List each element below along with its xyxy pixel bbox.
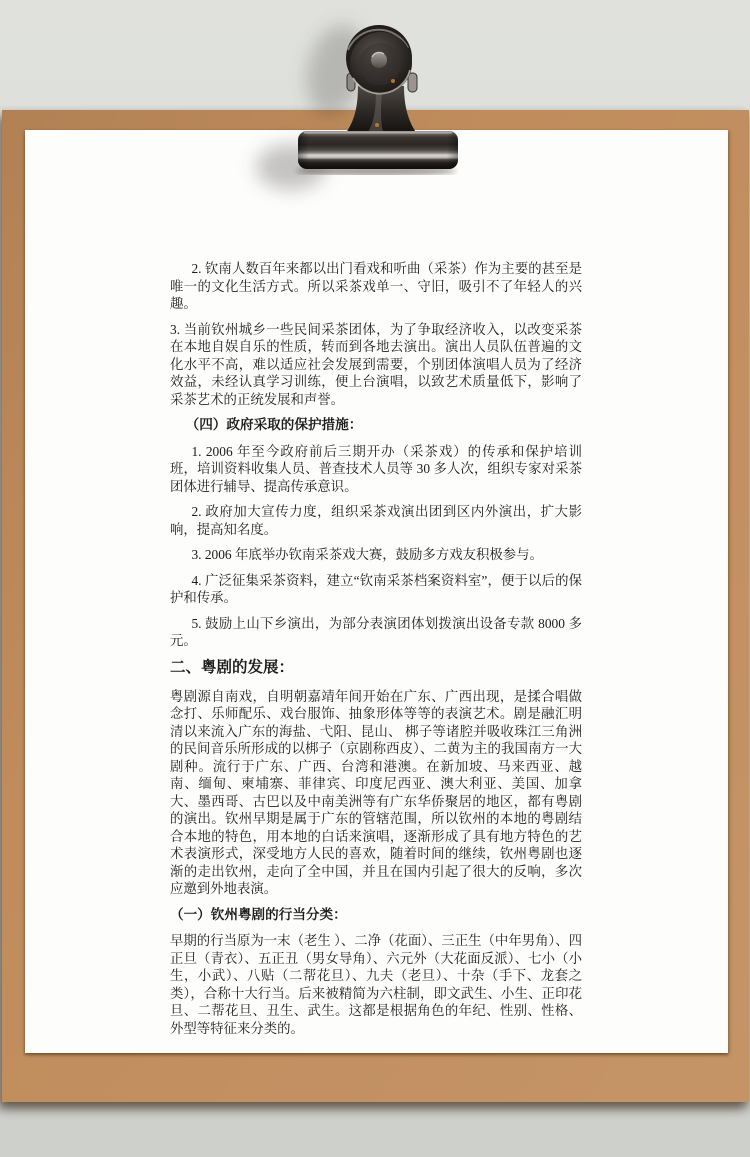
doc-paragraph: 4. 广泛征集采茶资料，建立“钦南采茶档案资料室”，便于以后的保护和传承。 [170, 572, 582, 607]
paper-sheet: 2. 钦南人数百年来都以出门看戏和听曲（采茶）作为主要的甚至是唯一的文化生活方式… [25, 130, 728, 1053]
clip-glint-dot [375, 123, 379, 127]
clip-glint-dot [391, 79, 395, 83]
doc-heading: 二、粤剧的发展： [170, 658, 582, 678]
doc-paragraph: 早期的行当原为一末（老生 ）、二净（花面）、三正生（中年男角）、四正旦（青衣）、… [170, 932, 582, 1037]
doc-paragraph: 3. 当前钦州城乡一些民间采茶团体，为了争取经济收入，以改变采茶在本地自娱自乐的… [170, 321, 582, 409]
binder-clip-icon [288, 10, 478, 175]
document-text: 2. 钦南人数百年来都以出门看戏和听曲（采茶）作为主要的甚至是唯一的文化生活方式… [170, 260, 582, 1045]
clip-right-hook [408, 73, 417, 92]
doc-paragraph: 粤剧源自南戏，自明朝嘉靖年间开始在广东、广西出现，是揉合唱做念打、乐师配乐、戏台… [170, 688, 582, 898]
doc-paragraph: 1. 2006 年至今政府前后三期开办（采茶戏）的传承和保护培训班，培训资料收集… [170, 443, 582, 496]
doc-paragraph: 5. 鼓励上山下乡演出，为部分表演团体划拨演出设备专款 8000 多元。 [170, 615, 582, 650]
clip-bar-end-shading [298, 131, 458, 169]
clip-bar-top-rim [304, 132, 452, 134]
doc-heading: （四）政府采取的保护措施： [170, 416, 582, 434]
doc-paragraph: 2. 钦南人数百年来都以出门看戏和听曲（采茶）作为主要的甚至是唯一的文化生活方式… [170, 260, 582, 313]
doc-paragraph: 2. 政府加大宣传力度，组织采茶戏演出团到区内外演出，扩大影响，提高知名度。 [170, 503, 582, 538]
doc-heading: （一）钦州粤剧的行当分类： [170, 906, 582, 924]
doc-paragraph: 3. 2006 年底举办钦南采茶戏大赛，鼓励多方戏友积极参与。 [170, 546, 582, 564]
scene-background: 2. 钦南人数百年来都以出门看戏和听曲（采茶）作为主要的甚至是唯一的文化生活方式… [0, 0, 750, 1157]
